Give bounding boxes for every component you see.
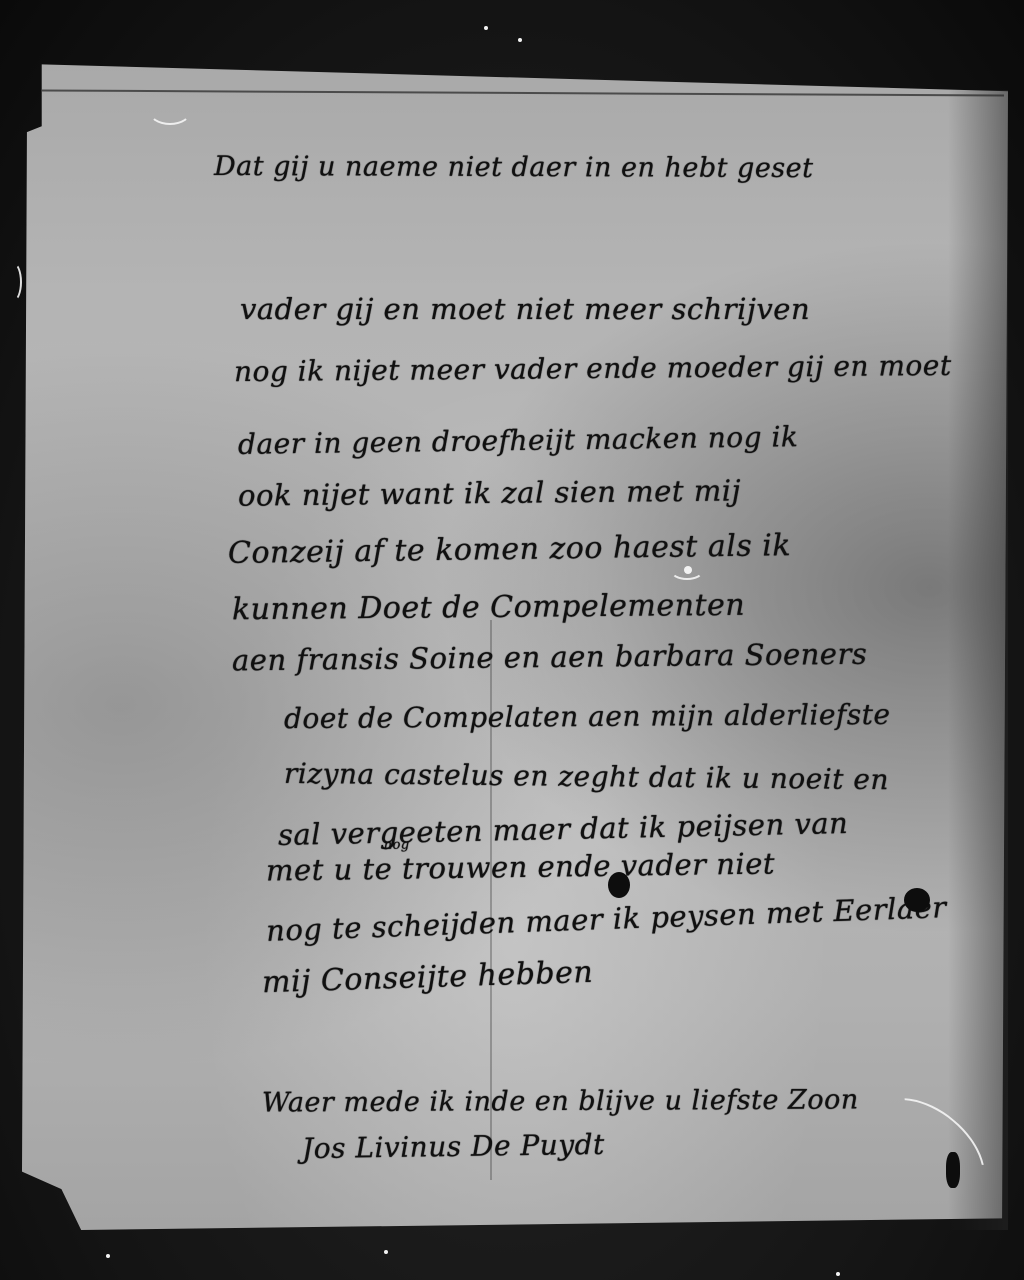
letter-line-7: kunnen Doet de Compelementen (232, 588, 745, 627)
dust-speck (518, 38, 522, 42)
letter-closing: Waer mede ik inde en blijve u liefste Zo… (262, 1084, 859, 1118)
letter-line-12: met u te trouwen ende vader niet (266, 846, 775, 887)
letter-line-9: doet de Compelaten aen mijn alderliefste (284, 698, 891, 735)
dust-speck (684, 566, 692, 574)
letter-line-1: Dat gij u naeme niet daer in en hebt ges… (214, 151, 814, 184)
letter-line-12-wrapper: nog met u te trouwen ende vader niet (266, 846, 775, 887)
letter-line-8: aen fransis Soine en aen barbara Soeners (232, 637, 868, 678)
letter-line-5: ook nijet want ik zal sien met mij (238, 473, 741, 512)
letter-line-2: vader gij en moet niet meer schrijven (240, 292, 810, 326)
letter-signature: Jos Livinus De Puydt (302, 1128, 605, 1165)
document-scan: Dat gij u naeme niet daer in en hebt ges… (0, 0, 1024, 1280)
dust-speck (106, 1254, 110, 1258)
ink-blot (608, 872, 630, 898)
paper-shadow (948, 90, 1008, 1230)
film-scratch (148, 95, 192, 125)
letter-line-3: nog ik nijet meer vader ende moeder gij … (234, 349, 952, 388)
dust-speck (384, 1250, 388, 1254)
film-scratch (4, 262, 22, 302)
ink-blot (904, 888, 930, 912)
interlinear-insertion: nog (384, 838, 410, 853)
dust-speck (836, 1272, 840, 1276)
dust-speck (484, 26, 488, 30)
letter-line-10: rizyna castelus en zeght dat ik u noeit … (284, 757, 889, 796)
